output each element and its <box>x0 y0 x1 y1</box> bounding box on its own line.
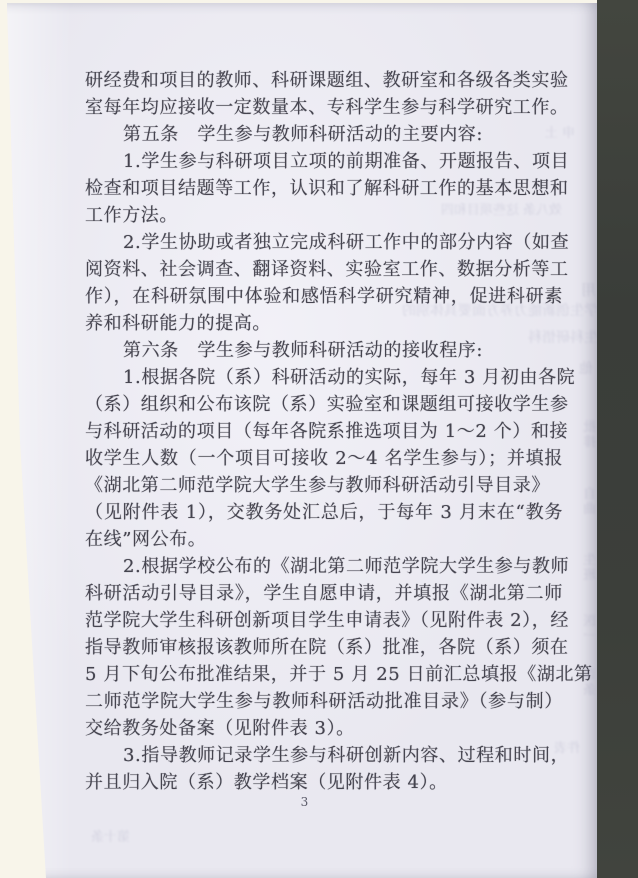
text-line: （系）组织和公布该院（系）实验室和课题组可接收学生参 <box>85 391 563 418</box>
text-line: 二师范学院大学生参与教师科研活动批准目录》（参与制） <box>85 688 563 715</box>
text-line: 检查和项目结题等工作，认识和了解科研工作的基本思想和 <box>85 175 563 202</box>
text-line: 范学院大学生科研创新项目学生申请表》（见附件表 2），经 <box>85 607 563 634</box>
text-line: 科研活动引导目录》，学生自愿申请，并填报《湖北第二师 <box>85 580 563 607</box>
text-line: 2.根据学校公布的《湖北第二师范学院大学生参与教师 <box>85 553 563 580</box>
text-line: 1.根据各院（系）科研活动的实际，每年 3 月初由各院 <box>85 364 563 391</box>
text-line: 室每年均应接收一定数量本、专科学生参与科学研究工作。 <box>85 94 563 121</box>
text-line: 阅资料、社会调查、翻译资料、实验室工作、数据分析等工 <box>85 256 563 283</box>
text-line: 在线”网公布。 <box>85 526 563 553</box>
text-line: 1.学生参与科研项目立项的前期准备、开题报告、项目 <box>85 148 563 175</box>
text-line: 与科研活动的项目（每年各院系推选项目为 1～2 个）和接 <box>85 418 563 445</box>
text-line: 收学生人数（一个项目可接收 2～4 名学生参与）；并填报 <box>85 445 563 472</box>
text-line: 第六条 学生参与教师科研活动的接收程序: <box>85 337 563 364</box>
text-line: 工作方法。 <box>85 202 563 229</box>
text-line: 指导教师审核报该教师所在院（系）批准，各院（系）须在 <box>85 634 563 661</box>
text-line: 5 月下旬公布批准结果，并于 5 月 25 日前汇总填报《湖北第 <box>85 661 563 688</box>
text-line: 交给教务处备案（见附件表 3）。 <box>85 715 563 742</box>
text-line: 3.指导教师记录学生参与科研创新内容、过程和时间， <box>85 742 563 769</box>
text-line: 第五条 学生参与教师科研活动的主要内容: <box>85 121 563 148</box>
document-page: 研经费和项目的教师、科研课题组、教研室和各级各类实验室每年均应接收一定数量本、专… <box>0 3 597 878</box>
document-text: 研经费和项目的教师、科研课题组、教研室和各级各类实验室每年均应接收一定数量本、专… <box>85 67 563 796</box>
text-line: 《湖北第二师范学院大学生参与教师科研活动引导目录》 <box>85 472 563 499</box>
text-line: 2.学生协助或者独立完成科研工作中的部分内容（如查 <box>85 229 563 256</box>
text-line: 研经费和项目的教师、科研课题组、教研室和各级各类实验 <box>85 67 563 94</box>
page-number: 3 <box>270 795 340 809</box>
text-line: 养和科研能力的提高。 <box>85 310 563 337</box>
text-line: 并且归入院（系）教学档案（见附件表 4）。 <box>85 769 563 796</box>
scanner-dark-edge <box>597 0 638 878</box>
text-line: （见附件表 1），交教务处汇总后，于每年 3 月末在“教务 <box>85 499 563 526</box>
text-line: 作），在科研氛围中体验和感悟科学研究精神，促进科研素 <box>85 283 563 310</box>
scanned-page: { "page": { "number": "3" }, "document":… <box>0 0 638 878</box>
